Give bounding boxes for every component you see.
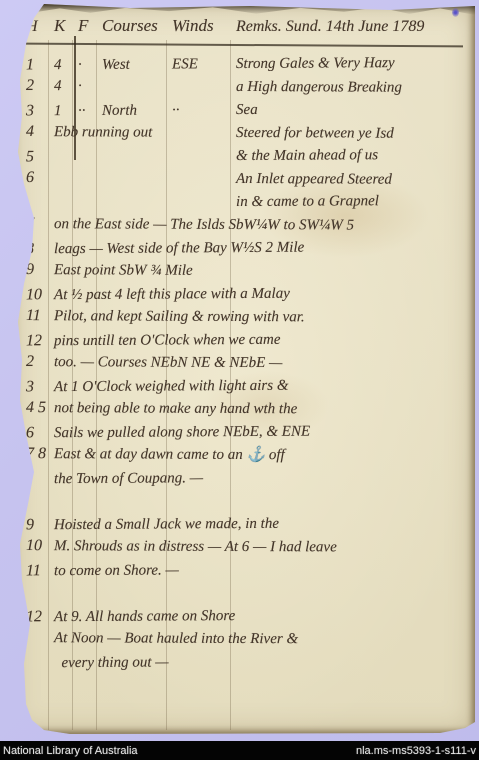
log-line [20,578,469,603]
log-line: 3At 1 O'Clock weighed with light airs & [20,371,469,397]
log-remark: Sea [236,101,469,119]
log-line: every thing out — [20,647,469,673]
log-line: 7on the East side — The Islds SbW¼W to S… [20,210,469,235]
log-wide: Sails we pulled along shore NEbE, & ENE [54,423,469,443]
log-line: 12At 9. All hands came on Shore [20,601,469,627]
log-course: West [102,56,172,73]
log-line: 11to come on Shore. — [20,555,469,581]
log-h: 4 [20,123,54,141]
log-wide: At 1 O'Clock weighed with light airs & [54,377,469,397]
log-h: 11 [20,307,54,325]
log-line: 6Sails we pulled along shore NEbE, & ENE [20,417,469,443]
header-hours: H [20,18,54,36]
log-header-row: H K F Courses Winds Remks. Sund. 14th Ju… [20,16,469,36]
scanned-image-viewport: H K F Courses Winds Remks. Sund. 14th Ju… [0,0,479,760]
header-courses: Courses [102,16,172,36]
log-line: 4Ebb running outSteered for between ye I… [20,118,469,143]
log-lines: 14·WestESEStrong Gales & Very Hazy24·a H… [20,50,469,734]
header-winds: Winds [172,16,236,36]
log-h: 2 [20,353,54,371]
log-wide: the Town of Coupang. — [54,469,469,489]
log-h: 7 8 [20,445,54,463]
log-line: 4 5not being able to make any hand wth t… [20,394,469,419]
log-line: 12pins untill ten O'Clock when we came [20,325,469,351]
log-line: the Town of Coupang. — [20,463,469,489]
log-line: 31··North··Sea [20,95,469,121]
manuscript-page: H K F Courses Winds Remks. Sund. 14th Ju… [10,4,475,734]
log-line: 7 8East & at day dawn came to an ⚓ off [20,440,469,465]
caption-bar: National Library of Australia nla.ms-ms5… [0,741,479,760]
log-line: 10M. Shrouds as in distress — At 6 — I h… [20,532,469,557]
log-wide: leags — West side of the Bay W½S 2 Mile [54,239,469,259]
log-h: 9 [20,261,54,279]
log-line: 11Pilot, and kept Sailing & rowing with … [20,302,469,327]
log-course: North [102,102,172,119]
log-line: 9Hoisted a Small Jack we made, in the [20,509,469,535]
log-wide: to come on Shore. — [54,561,469,581]
log-line: 24·a High dangerous Breaking [20,72,469,97]
log-line: 9East point SbW ¾ Mile [20,256,469,281]
log-line: 5& the Main ahead of us [20,141,469,167]
header-underline [26,43,463,48]
log-f: · [78,78,102,95]
log-line: 2too. — Courses NEbN NE & NEbE — [20,348,469,373]
library-name: National Library of Australia [3,745,138,757]
log-remark: Strong Gales & Very Hazy [236,55,469,73]
log-wind: ESE [172,56,236,73]
log-line: 6An Inlet appeared Steered [20,164,469,189]
log-line: 10At ½ past 4 left this place with a Mal… [20,279,469,305]
log-h: 10 [20,537,54,555]
log-remark: & the Main ahead of us [236,147,469,165]
log-line: 8leags — West side of the Bay W½S 2 Mile [20,233,469,259]
log-line: 14·WestESEStrong Gales & Very Hazy [20,49,469,75]
torn-top-edge [38,4,475,15]
log-line [20,486,469,511]
log-h: 7 [20,215,54,233]
catalog-id: nla.ms-ms5393-1-s111-v [356,745,476,757]
log-wide: every thing out — [54,653,469,673]
log-k: 4 [54,78,78,95]
log-remark: in & came to a Grapnel [236,193,469,211]
log-line: At Noon — Boat hauled into the River & [20,624,469,649]
log-mid: Ebb running out [54,124,236,142]
log-wide: pins untill ten O'Clock when we came [54,331,469,351]
log-h: 2 [20,77,54,95]
log-wide: Hoisted a Small Jack we made, in the [54,515,469,535]
log-wide: At ½ past 4 left this place with a Malay [54,285,469,305]
log-line: in & came to a Grapnel [20,187,469,213]
header-knots: K [54,16,78,36]
header-remarks-date: Remks. Sund. 14th June 1789 [236,18,469,36]
log-h: 6 [20,169,54,187]
log-h: 4 5 [20,399,54,417]
log-wide: At 9. All hands came on Shore [54,607,469,627]
header-fathoms: F [78,16,102,36]
log-wide: East & at day dawn came to an ⚓ off [54,444,469,465]
log-wind: ·· [172,102,236,119]
